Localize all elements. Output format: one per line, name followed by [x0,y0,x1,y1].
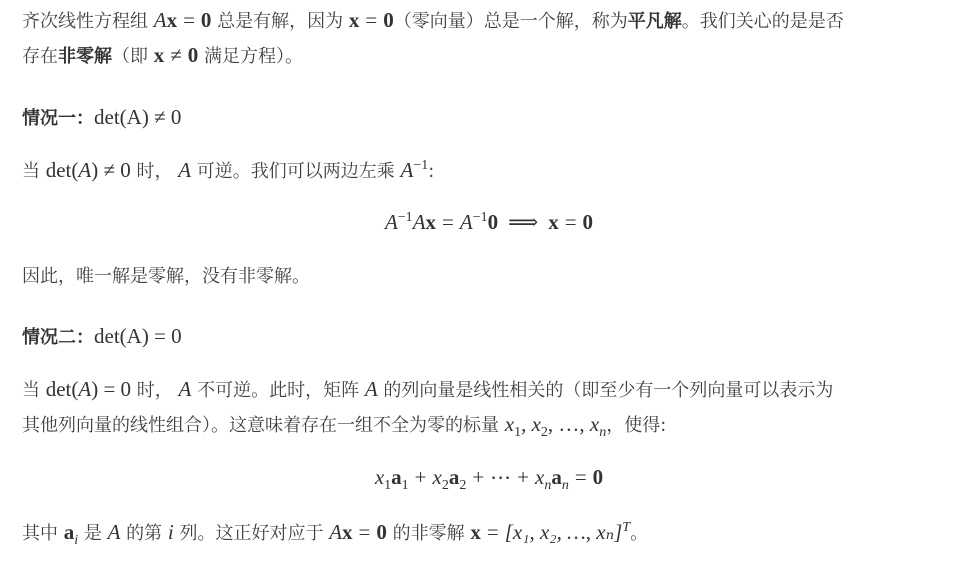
case1-paragraph: 当 det(A) ≠ 0 时， A 可逆。我们可以两边左乘 A−1: [22,156,434,186]
text: 可逆。我们可以两边左乘 [197,161,395,182]
case1-condition: det(A) ≠ 0 [94,105,181,129]
case2-paragraph-line1: 当 det(A) = 0 时， A 不可逆。此时，矩阵 A 的列向量是线性相关的… [22,375,833,405]
text: 存在 [22,46,58,67]
case2-condition: det(A) = 0 [94,324,182,348]
text: 的非零解 [393,523,465,544]
case1-conclusion: 因此，唯一解是零解，没有非零解。 [22,263,310,291]
equation-ax-zero: Ax=0 [329,520,387,544]
term-nontrivial-solution: 非零解 [58,46,112,67]
column-vector-ai: ai [64,520,78,544]
equation-x-zero: x=0 [349,8,394,32]
text: 总是有解，因为 [217,11,343,32]
case2-heading: 情况二：det(A) = 0 [22,322,182,352]
text: 因此，唯一解是零解，没有非零解。 [22,266,310,287]
index-i: i [168,520,174,544]
text: 当 [22,161,40,182]
text: 时， [136,161,172,182]
text: : [428,161,434,182]
case2-label: 情况二： [22,327,94,348]
det-a-ne-zero: det(A) ≠ 0 [46,158,131,182]
equation-x-ne-zero: x≠0 [154,43,199,67]
text: 不可逆。此时，矩阵 [197,380,359,401]
display-equation-linear-combination: x1a1+x2a2+⋯+xnan=0 [0,462,978,494]
text: 。我们关心的是是否 [682,11,844,32]
text: （零向量）总是一个解，称为 [394,11,628,32]
text: 其中 [22,523,58,544]
intro-paragraph-line1: 齐次线性方程组 Ax=0 总是有解，因为 x=0（零向量）总是一个解，称为平凡解… [22,6,844,36]
text: 是 [84,523,102,544]
equation-ax-zero: Ax=0 [154,8,212,32]
case1-heading: 情况一：det(A) ≠ 0 [22,103,181,133]
matrix-a: A [179,377,192,401]
matrix-a: A [108,520,121,544]
solution-vector: x=[x₁, x₂, …, xₙ]T [470,520,630,544]
a-inverse: A−1 [401,158,429,182]
text: 的第 [126,523,162,544]
text: 的列向量是线性相关的（即至少有一个列向量可以表示为 [383,380,833,401]
text: 列。这正好对应于 [179,523,323,544]
final-paragraph: 其中 ai 是 A 的第 i 列。这正好对应于 Ax=0 的非零解 x=[x₁,… [22,518,648,548]
text: 满足方程）。 [204,46,303,67]
text: ，使得: [606,415,666,436]
term-trivial-solution: 平凡解 [628,11,682,32]
text: 时， [137,380,173,401]
text: 齐次线性方程组 [22,11,148,32]
text: 其他列向量的线性组合）。这意味着存在一组不全为零的标量 [22,415,499,436]
intro-paragraph-line2: 存在非零解（即 x≠0 满足方程）。 [22,41,303,71]
det-a-eq-zero: det(A) = 0 [46,377,131,401]
text: （即 [112,46,148,67]
text: 。 [630,523,648,544]
case1-label: 情况一： [22,108,94,129]
scalars-list: x1, x2, …, xn [505,412,606,436]
display-equation-inverse: A−1Ax=A−10⟹x=0 [0,207,978,239]
matrix-a: A [365,377,378,401]
text: 当 [22,380,40,401]
case2-paragraph-line2: 其他列向量的线性组合）。这意味着存在一组不全为零的标量 x1, x2, …, x… [22,410,666,440]
matrix-a: A [178,158,191,182]
